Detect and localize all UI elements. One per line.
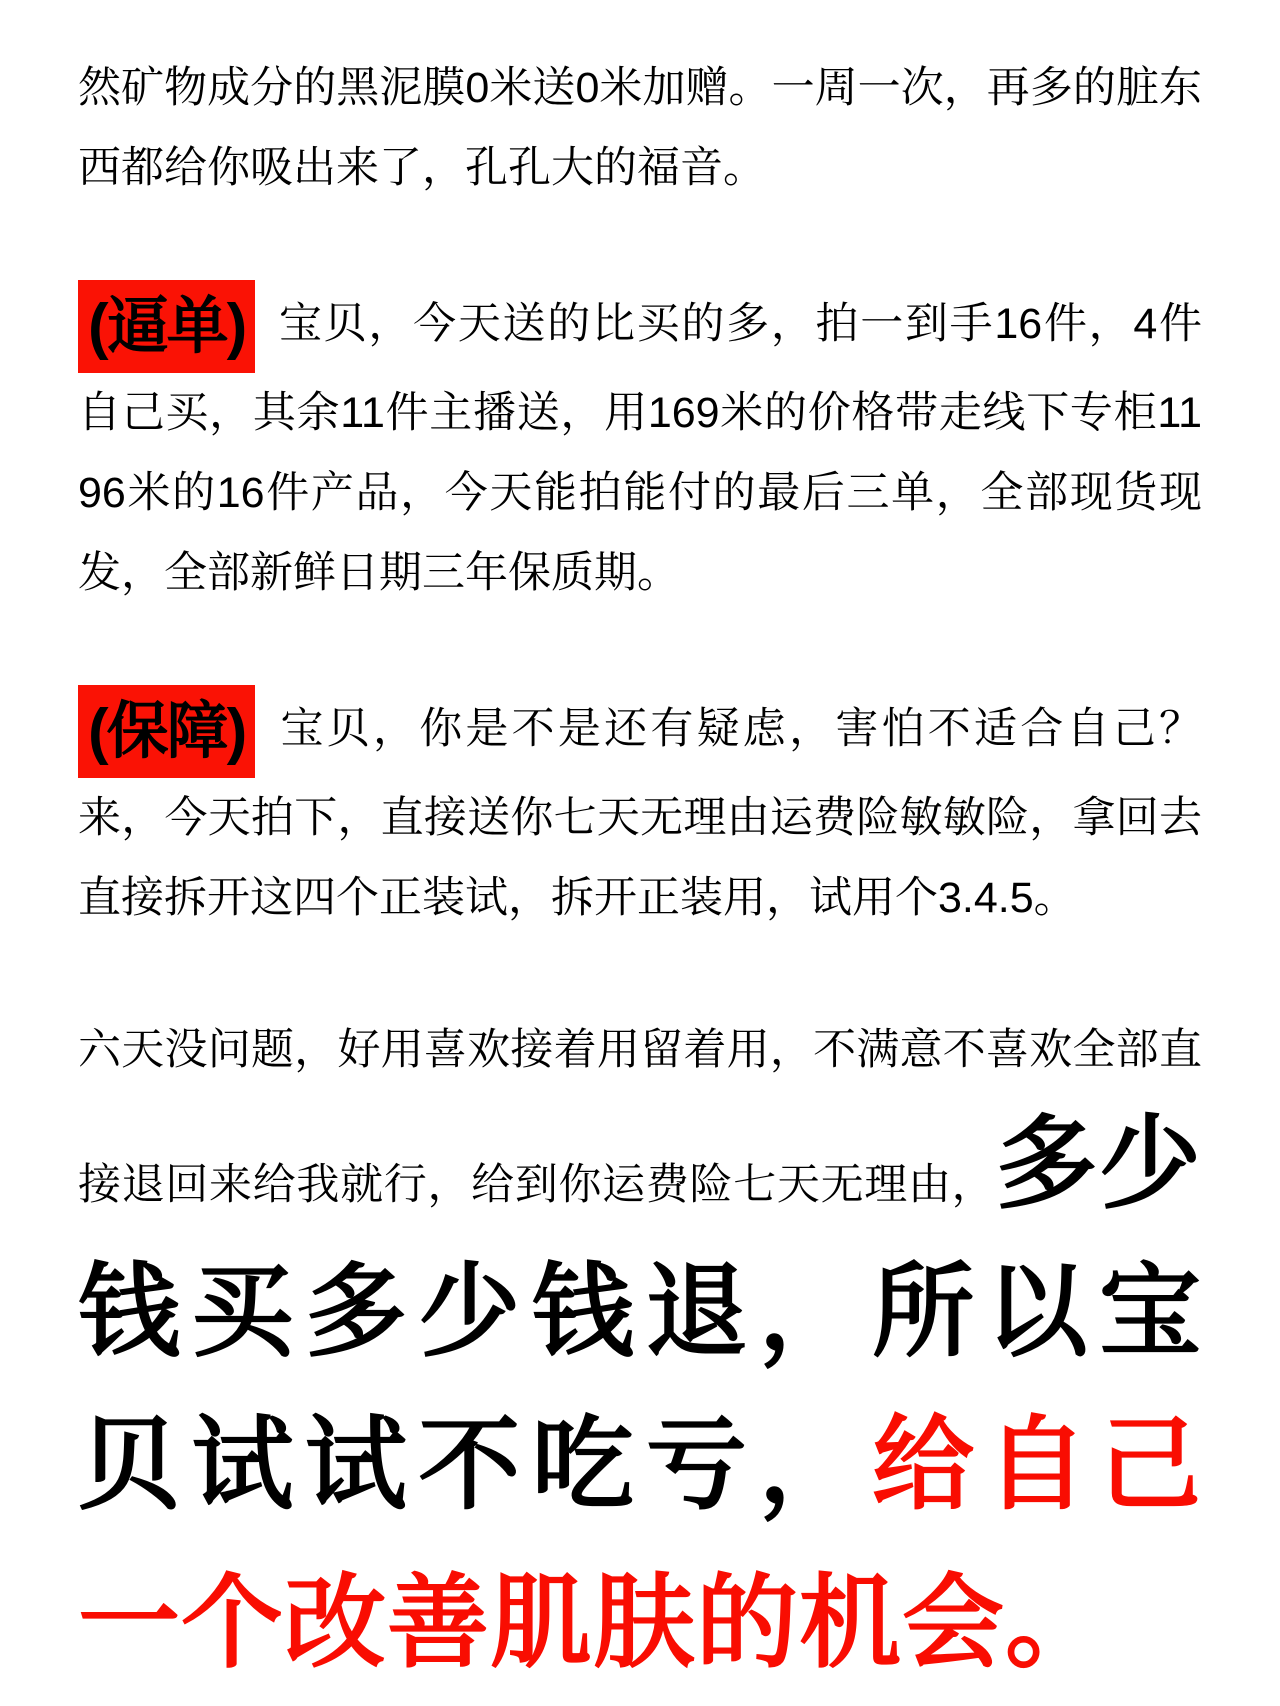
- intro-text: 然矿物成分的黑泥膜0米送0米加赠。一周一次，再多的脏东西都给你吸出来了，孔孔大的…: [78, 64, 1202, 192]
- paragraph-intro: 然矿物成分的黑泥膜0米送0米加赠。一周一次，再多的脏东西都给你吸出来了，孔孔大的…: [78, 48, 1202, 208]
- paragraph-final-pitch: 六天没问题，好用喜欢接着用留着用，不满意不喜欢全部直接退回来给我就行，给到你运费…: [78, 1010, 1202, 1702]
- section-tag-close-deal: (逼单): [78, 280, 255, 373]
- section-tag-guarantee: (保障): [78, 685, 255, 778]
- paragraph-guarantee: (保障) 宝贝，你是不是还有疑虑，害怕不适合自己？来，今天拍下，直接送你七天无理…: [78, 685, 1202, 938]
- paragraph-close-deal: (逼单) 宝贝，今天送的比买的多，拍一到手16件，4件自己买，其余11件主播送，…: [78, 280, 1202, 613]
- sales-script-document: 然矿物成分的黑泥膜0米送0米加赠。一周一次，再多的脏东西都给你吸出来了，孔孔大的…: [0, 0, 1280, 1706]
